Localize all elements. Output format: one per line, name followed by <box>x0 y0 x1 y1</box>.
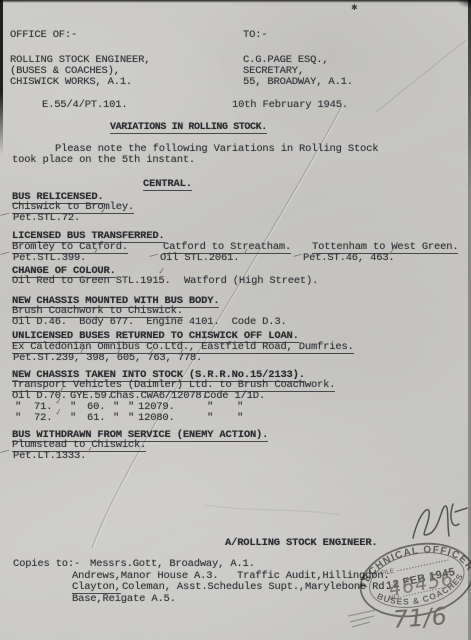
pencil-check: ✓ <box>177 348 186 358</box>
pencil-dash: — <box>148 250 160 262</box>
pencil-check: ✓ <box>114 348 123 358</box>
pencil-check: ✓ <box>77 348 86 358</box>
pencil-check: ✓ <box>91 248 100 258</box>
office-of-label: OFFICE OF:- <box>10 30 77 41</box>
copies-line-3b: Coleman, Asst.Schedules Supt.,Marylebone… <box>122 582 390 593</box>
newchassis-row3-num2: 61. <box>87 413 105 424</box>
pencil-check: ✓ <box>57 386 66 396</box>
top-edge-shadow <box>0 0 471 3</box>
section-colour-detail-b: Watford (High Street). <box>184 276 318 287</box>
transferred-value-2: Oil STL.2061. <box>160 253 239 264</box>
transferred-value-1: Pet.STL.399. <box>13 253 86 264</box>
pencil-check: ✓ <box>241 248 250 258</box>
newchassis-row1-cell4: Code 1/1D. <box>204 391 265 402</box>
newchassis-row3-num3: 12080. <box>138 413 175 424</box>
section-mounted-detail: Oil D.46. Body 677. Engine 4101. Code D.… <box>12 317 287 328</box>
newchassis-row3-ditto1: " <box>15 413 21 424</box>
section-offloan-value: Pet.ST.239, 398, 605, 763, 778. <box>13 353 202 364</box>
handwritten-number: 71/6 <box>392 602 448 634</box>
copies-line-4: Base,Reigate A.5. <box>72 594 176 605</box>
left-edge-shadow <box>0 0 3 155</box>
newchassis-row3-ditto6: " <box>237 413 243 424</box>
document-title: VARIATIONS IN ROLLING STOCK. <box>110 122 267 134</box>
newchassis-row3-ditto2: " <box>70 413 76 424</box>
region-heading: CENTRAL. <box>143 179 192 191</box>
reference-number: E.55/4/PT.101. <box>42 100 127 111</box>
newchassis-row3-ditto4: " <box>128 413 134 424</box>
copies-label: Copies to:- <box>13 559 80 570</box>
newchassis-row3-num1: 72. <box>34 413 52 424</box>
sender-line-3: CHISWICK WORKS, A.1. <box>10 77 132 88</box>
intro-line-2: took place on the 5th instant. <box>12 155 195 166</box>
section-withdrawn-value: Pet.LT.1333. <box>13 451 86 462</box>
top-right-corner-shadow <box>457 0 471 8</box>
pencil-dash: — <box>0 446 11 458</box>
pencil-check: ✓ <box>54 408 63 418</box>
document-date: 10th February 1945. <box>232 100 348 111</box>
pencil-check: ✓ <box>387 248 396 258</box>
pencil-check: ✓ <box>54 397 63 407</box>
stamp-file-label: FILE <box>380 567 396 577</box>
pencil-check: ✓ <box>147 348 156 358</box>
newchassis-row3-ditto3: " <box>113 413 119 424</box>
ink-spot: ✱ <box>351 3 358 13</box>
pencil-dash: — <box>0 248 11 260</box>
newchassis-row3-ditto5: " <box>207 413 213 424</box>
pencil-check: ✓ <box>85 446 94 456</box>
copies-line-1: Messrs.Gott, Broadway, A.1. <box>90 559 255 570</box>
transferred-value-3: Pet.ST.46, 463. <box>303 253 395 264</box>
pencil-check: ✓ <box>157 267 166 277</box>
section-relicensed-value: Pet.STL.72. <box>13 213 80 224</box>
to-label: TO:- <box>243 30 267 41</box>
pencil-dash: — <box>0 209 11 221</box>
section-colour-detail-a: Oil Red to Green STL.1915. <box>12 276 171 287</box>
recipient-line-3: 55, BROADWAY, A.1. <box>243 77 353 88</box>
pencil-check: ✓ <box>99 206 108 216</box>
document-page: { "header": { "office_label": "OFFICE OF… <box>0 0 471 640</box>
